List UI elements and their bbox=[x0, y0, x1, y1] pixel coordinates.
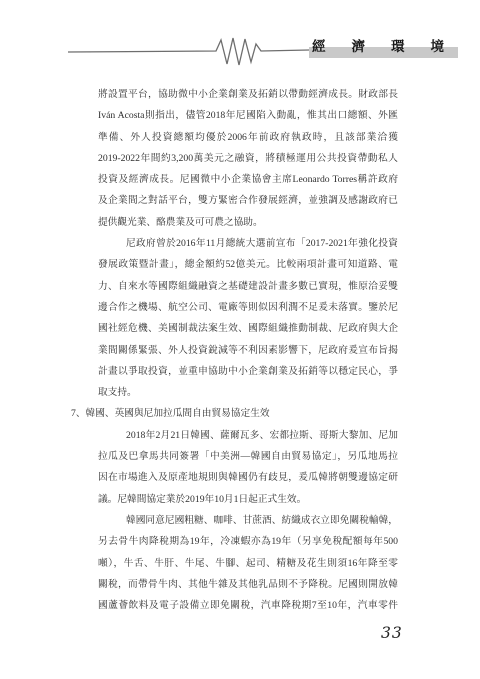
text-line: 計畫以爭取投資，並重申協助中小企業創業及拓銷等以穩定民心，爭 bbox=[98, 361, 398, 382]
text-line: 國蘆薈飲料及電子設備立即免關稅，汽車降稅期7至10年，汽車零件 bbox=[98, 595, 398, 616]
text-line: 7、韓國、英國與尼加拉瓜間自由貿易協定生效 bbox=[71, 403, 398, 424]
text-line: 及企業間之對話平台，雙方緊密合作發展經濟，並強調及感謝政府已 bbox=[98, 190, 398, 211]
text-line: 業間關係緊張、外人投資銳減等不利因素影響下，尼政府爰宣布旨揭 bbox=[98, 340, 398, 361]
text-line: 尼政府曾於2016年11月總統大選前宣布「2017-2021年強化投資 bbox=[98, 233, 398, 254]
text-line: 將設置平台，協助微中小企業創業及拓銷以帶動經濟成長。財政部長 bbox=[98, 84, 398, 105]
text-line: 力、自來水等國際組織融資之基礎建設計畫多數已實現，惟原洽妥雙 bbox=[98, 276, 398, 297]
text-line: Iván Acosta則指出，儘管2018年尼國陷入動亂，惟其出口總額、外匯 bbox=[98, 105, 398, 126]
text-line: 國社經危機、美國制裁法案生效、國際組織推動制裁、尼政府與大企 bbox=[98, 318, 398, 339]
page-number: 33 bbox=[381, 624, 403, 642]
text-line: 噸），牛舌、牛肝、牛尾、牛腳、起司、精糖及花生則須16年降至零 bbox=[98, 553, 398, 574]
text-line: 議。尼韓間協定業於2019年10月1日起正式生效。 bbox=[98, 489, 398, 510]
text-line: 因在市場進入及原產地規則與韓國仍有歧見，爰瓜韓將朝雙邊協定研 bbox=[98, 467, 398, 488]
text-body: 將設置平台，協助微中小企業創業及拓銷以帶動經濟成長。財政部長Iván Acost… bbox=[98, 84, 398, 616]
text-line: 邊合作之機場、航空公司、電廠等則似因利潤不足爰未落實。鑒於尼 bbox=[98, 297, 398, 318]
document-page: 經濟環境 將設置平台，協助微中小企業創業及拓銷以帶動經濟成長。財政部長Iván … bbox=[0, 0, 480, 679]
text-line: 韓國同意尼國粗糖、咖啡、甘蔗酒、紡織成衣立即免關稅輸韓， bbox=[98, 510, 398, 531]
text-line: 2019-2022年間約3,200萬美元之融資，將積極運用公共投資帶動私人 bbox=[98, 148, 398, 169]
heartbeat-divider-icon bbox=[68, 34, 310, 70]
section-title: 經濟環境 bbox=[312, 39, 470, 55]
text-line: 拉瓜及巴拿馬共同簽署「中美洲—韓國自由貿易協定」，另瓜地馬拉 bbox=[98, 446, 398, 467]
text-line: 準備、外人投資總額均優於2006年前政府執政時，且該部業洽獲 bbox=[98, 127, 398, 148]
text-line: 取支持。 bbox=[98, 382, 398, 403]
text-line: 提供觀光業、酪農業及可可農之協助。 bbox=[98, 212, 398, 233]
text-line: 發展政策暨計畫」，總金額約52億美元。比較兩項計畫可知道路、電 bbox=[98, 254, 398, 275]
text-line: 另去骨牛肉降稅期為19年，冷凍蝦亦為19年（另享免稅配額每年500 bbox=[98, 531, 398, 552]
text-line: 投資及經濟成長。尼國微中小企業協會主席Leonardo Torres稱許政府 bbox=[98, 169, 398, 190]
text-line: 關稅，而帶骨牛肉、其他牛雜及其他乳品則不予降稅。尼國則開放韓 bbox=[98, 574, 398, 595]
text-line: 2018年2月21日韓國、薩爾瓦多、宏都拉斯、哥斯大黎加、尼加 bbox=[98, 425, 398, 446]
